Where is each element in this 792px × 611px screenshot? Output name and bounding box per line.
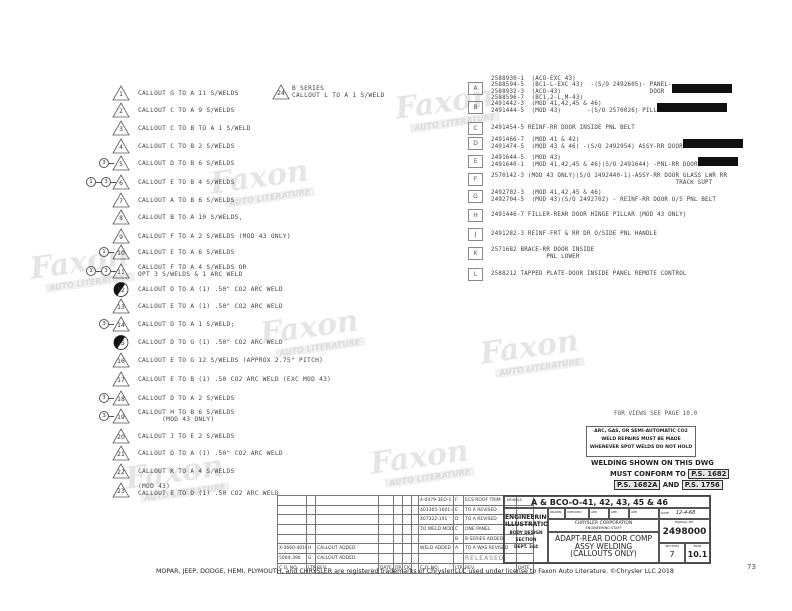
callout-text: CALLOUT F TO A 2 S/WELDS (MOD 43 ONLY) [138,233,291,240]
revision-cell: A [454,544,464,554]
revision-cell [403,525,412,535]
reference-circles: 13 [86,173,116,191]
title-block: MODELS A & BCO-O-41, 42, 43, 45 & 46 ENG… [503,495,711,564]
part-item: C2491454-5 REINF-RR DOOR INSIDE PNL BELT [468,122,635,135]
revision-row: TO WELD MOD 43CONE PANEL [278,525,534,535]
revision-cell [379,515,394,525]
leader-line [109,163,114,164]
leader-line [109,324,114,325]
page-cell: PAGE 10.1 [685,543,710,563]
leader-line [111,182,116,183]
redaction-bar [672,84,732,93]
revision-cell [403,496,412,506]
revision-cell [412,525,419,535]
triangle-marker-icon: 1 [112,85,130,101]
triangle-marker-icon: 20 [112,428,130,444]
revision-cell: 407322-191 [419,515,454,525]
watermark-faxon: Faxon [478,323,581,371]
views-note: FOR VIEWS SEE PAGE 10.0 [614,410,697,417]
callout-number: 5 [112,161,130,168]
callout-text: CALLOUT D TO A 1 S/WELD; [138,321,235,328]
part-description: 2570142-3 (MOD 43 ONLY)(S/O 2492440-1)-A… [491,173,727,186]
drawing-title: ADAPT-REAR DOOR COMP ASSY WELDING (CALLO… [548,532,659,563]
triangle-marker-icon: 16 [112,352,130,368]
part-letter-box: H [468,209,483,222]
triangle-marker-icon: 10 [112,244,130,260]
revision-cell [379,505,394,515]
approval-cell-1: APP. [589,508,609,519]
reference-circles: 3 [99,154,114,172]
revision-row: 403365-1601-4ETO A REVISED [278,505,534,515]
part-item: J2491282-3 REINF-FRT & RR DR O/SIDE PNL … [468,228,657,241]
callout-text: CALLOUT J TO E 2 S/WELDS [138,433,235,440]
reference-circle: 1 [86,266,96,276]
callout-number: 2 [112,108,130,115]
callout-item: 10CALLOUT E TO A 6 S/WELDS [112,243,235,261]
leader-line [109,416,114,417]
part-letter-box: E [468,155,483,168]
callout-text: CALLOUT K TO A 4 S/WELDS [138,468,235,475]
revision-cell [403,515,412,525]
revision-cell [394,544,403,554]
callout-number: 10 [112,250,130,257]
revision-cell [379,544,394,554]
part-letter-box: B [468,101,483,114]
callout-item: 2CALLOUT C TO A 9 S/WELDS [112,101,235,119]
callout-item: 13CALLOUT E TO A (1) .50" CO2 ARC WELD [112,297,283,315]
revision-cell [307,515,316,525]
callout-text: CALLOUT G TO A 11 S/WELDS [138,90,239,97]
part-letter-box: F [468,173,483,186]
company-cell: CHRYSLER CORPORATION ENGINEERING STAFF [548,519,659,532]
part-item: F2570142-3 (MOD 43 ONLY)(S/O 2492440-1)-… [468,173,727,186]
part-item: L2588212 TAPPED PLATE-DOOR INSIDE PANEL … [468,268,687,281]
reference-circles: 3 [99,389,114,407]
triangle-marker-icon: 18 [112,390,130,406]
redaction-bar [657,103,727,112]
revision-cell [278,496,307,506]
callout-item: 5CALLOUT D TO B 6 S/WELDS [112,154,235,172]
part-letter-box: K [468,247,483,260]
reference-circle: 3 [99,158,109,168]
b-series-text: B SERIES CALLOUT L TO A 1 S/WELD [292,85,385,99]
revision-cell [307,505,316,515]
callout-text: CALLOUT C TO A 9 S/WELDS [138,107,235,114]
revision-cell [394,554,403,564]
revision-cell [379,525,394,535]
triangle-marker-icon: 17 [112,371,130,387]
callout-number: 1 [112,91,130,98]
callout-number: 23 [112,488,130,495]
revision-cell [316,525,379,535]
part-description: 2491466-7 (MOD 41 & 42) 2491474-5 (MOD 4… [491,137,683,150]
watermark-sub: AUTO LITERATURE [225,187,315,208]
part-letter-box: L [468,268,483,281]
callout-item: 18CALLOUT D TO A 2 S/WELDS [112,389,235,407]
leader-line [109,398,114,399]
triangle-marker-icon: 8 [112,209,130,225]
triangle-marker-icon: 4 [112,138,130,154]
models-row: MODELS A & BCO-O-41, 42, 43, 45 & 46 [504,496,710,508]
triangle-marker-icon: 9 [112,228,130,244]
callout-text: CALLOUT E TO G 12 S/WELDS (APPROX 2.75" … [138,357,323,364]
callout-text: CALLOUT D TO G (1) .50" CO2 ARC WELD [138,339,283,346]
triangle-marker-icon: 24 [272,84,290,100]
reference-circle: 3 [99,393,109,403]
callout-item: 8CALLOUT B TO A 10 S/WELDS, [112,208,243,226]
part-item: B2491442-3 (MOD 41,42,45 & 46) 2491444-5… [468,101,727,114]
revision-row: 4-0479-3EO-1FECS ROOF TRIM [278,496,534,506]
revision-cell [316,496,379,506]
callout-item: 22CALLOUT K TO A 4 S/WELDS [112,462,235,480]
revision-cell [394,525,403,535]
reference-circle: 1 [99,247,109,257]
revision-cell [419,534,454,544]
revision-table: 4-0479-3EO-1FECS ROOF TRIM403365-1601-4E… [277,495,534,574]
revision-cell [278,505,307,515]
callout-item: 14CALLOUT D TO A 1 S/WELD; [112,315,235,333]
callout-item: 23(MOD 43) CALLOUT E TO D (1) .50 CO2 AR… [112,481,279,499]
callout-text: CALLOUT C TO B TO A 1 S/WELD [138,125,251,132]
trademark-footer: MOPAR, JEEP, DODGE, HEMI, PLYMOUTH, and … [156,568,674,575]
revision-cell [394,505,403,515]
part-item: A2588930-1 (ACO-EXC 43) 2588594-5 (BC1-L… [468,76,732,102]
checked-cell: CHECKED [565,508,589,519]
callout-item: 12CALLOUT D TO A (1) .50" CO2 ARC WELD [112,280,283,298]
revision-row: 5004-390GCALLOUT ADDEDRELEASED [278,554,534,564]
part-description: 2491282-3 REINF-FRT & RR DR O/SIDE PNL H… [491,231,657,237]
callout-text: CALLOUT E TO B 4 S/WELDS [138,179,235,186]
b-series-callout: 24 B SERIES CALLOUT L TO A 1 S/WELD [272,84,385,100]
revision-cell [394,534,403,544]
revision-cell [403,505,412,515]
page-number: 73 [747,563,756,571]
arc-weld-marker-icon: 15 [112,334,130,350]
spec-ps-1756: P.S. 1756 [682,480,723,490]
welding-note-line3: P.S. 1682A AND P.S. 1756 [614,481,723,489]
part-description: 2491446-7 FILLER-REAR DOOR HINGE PILLAR … [491,212,687,218]
date-cell: DATE 12-4-68 [659,508,710,519]
triangle-marker-icon: 5 [112,155,130,171]
revision-cell [403,534,412,544]
models-value: A & BCO-O-41, 42, 43, 45 & 46 [531,498,668,507]
reference-circles: 3 [99,315,114,333]
revision-cell: 5004-390 [278,554,307,564]
redaction-bar [683,139,743,148]
dept-cell: ENGINEERING ILLUSTRATION BODY DESIGN SEC… [504,508,548,563]
revision-cell [454,554,464,564]
revision-cell: D [454,515,464,525]
approval-cell-2: APP. [609,508,629,519]
callout-text: CALLOUT D TO A (1) .50" CO2 ARC WELD [138,286,283,293]
callout-item: 19CALLOUT H TO B 6 S/WELDS (MOD 43 ONLY) [112,407,235,425]
callout-text: CALLOUT C TO B 2 S/WELDS [138,143,235,150]
triangle-marker-icon: 14 [112,316,130,332]
reference-circles: 13 [86,262,116,280]
callout-item: 15CALLOUT D TO G (1) .50" CO2 ARC WELD [112,333,283,351]
callout-text: CALLOUT F TO A 4 S/WELDS OR OPT 3 S/WELD… [138,264,247,278]
part-description: 2491454-5 REINF-RR DOOR INSIDE PNL BELT [491,125,635,131]
revision-cell: X-3660-4010 CHANGE [278,544,307,554]
callout-text: CALLOUT A TO B 6 S/WELDS [138,197,235,204]
revision-cell: CALLOUT ADDED [316,554,379,564]
watermark-faxon: Faxon [368,433,471,481]
reference-circle: 3 [99,319,109,329]
revision-cell [278,534,307,544]
triangle-marker-icon: 2 [112,102,130,118]
callout-text: (MOD 43) CALLOUT E TO D (1) .50 CO2 ARC … [138,483,279,497]
callout-text: CALLOUT D TO A (1) .50" CO2 ARC WELD [138,450,283,457]
triangle-marker-icon: 21 [112,445,130,461]
welding-note-line2: MUST CONFORM TO P.S. 1682 [610,470,729,478]
part-description: 2491644-5 (MOD 43) 2491640-1 (MOD 41,42,… [491,155,698,168]
part-item: D2491466-7 (MOD 41 & 42) 2491474-5 (MOD … [468,137,743,150]
revision-cell: C [454,525,464,535]
part-item: G2492702-3 (MOD 41,42,45 & 46) 2492704-5… [468,190,716,203]
triangle-marker-icon: 7 [112,192,130,208]
callout-number: 16 [112,358,130,365]
callout-item: 11CALLOUT F TO A 4 S/WELDS OR OPT 3 S/WE… [112,262,247,280]
callout-item: 20CALLOUT J TO E 2 S/WELDS [112,427,235,445]
revision-cell [379,554,394,564]
part-letter-box: D [468,137,483,150]
revision-cell [403,554,412,564]
callout-item: 17CALLOUT E TO B (1) .50 CO2 ARC WELD (E… [112,370,331,388]
callout-number: 12 [112,287,130,294]
callout-number: 14 [112,322,130,329]
revision-cell [412,496,419,506]
callout-number: 7 [112,198,130,205]
redaction-bar [698,157,738,166]
callout-number: 18 [112,396,130,403]
callout-text: CALLOUT D TO A 2 S/WELDS [138,395,235,402]
triangle-marker-icon: 3 [112,120,130,136]
leader-line [109,252,114,253]
revision-cell [316,505,379,515]
revision-cell [307,534,316,544]
callout-number: 19 [112,414,130,421]
callout-text: CALLOUT D TO B 6 S/WELDS [138,160,235,167]
callout-item: 4CALLOUT C TO B 2 S/WELDS [112,137,235,155]
triangle-marker-icon: 22 [112,463,130,479]
part-letter-box: C [468,122,483,135]
revision-cell: H [307,544,316,554]
revision-row: 407322-191DTO A REVISED [278,515,534,525]
revision-cell [394,496,403,506]
part-letter-box: G [468,190,483,203]
callout-text: CALLOUT E TO A 6 S/WELDS [138,249,235,256]
watermark-sub: AUTO LITERATURE [385,467,475,488]
arc-weld-marker-icon: 12 [112,281,130,297]
revision-cell: F [454,496,464,506]
part-description: 2492702-3 (MOD 41,42,45 & 46) 2492704-5 … [491,190,716,203]
revision-cell: E [454,505,464,515]
callout-item: 1CALLOUT G TO A 11 S/WELDS [112,84,239,102]
revision-cell [278,525,307,535]
revision-row: X-3660-4010 CHANGEHCALLOUT ADDEDWELD ADD… [278,544,534,554]
part-description: 2588930-1 (ACO-EXC 43) 2588594-5 (BC1-L-… [491,76,672,102]
revision-cell: G [307,554,316,564]
reference-circle: 1 [86,177,96,187]
callout-number: 17 [112,377,130,384]
reference-circle: 3 [99,411,109,421]
reference-circles: 1 [99,243,114,261]
callout-text: CALLOUT E TO B (1) .50 CO2 ARC WELD (EXC… [138,376,331,383]
callout-item: 7CALLOUT A TO B 6 S/WELDS [112,191,235,209]
reference-circles: 3 [99,407,114,425]
callout-number: 8 [112,215,130,222]
revision-cell [412,515,419,525]
revision-cell: 403365-1601-4 [419,505,454,515]
reference-circle: 3 [101,177,111,187]
part-item: H2491446-7 FILLER-REAR DOOR HINGE PILLAR… [468,209,687,222]
callout-item: 21CALLOUT D TO A (1) .50" CO2 ARC WELD [112,444,283,462]
callout-text: CALLOUT B TO A 10 S/WELDS, [138,214,243,221]
revision-row: BB SERIES ADDED [278,534,534,544]
part-item: E2491644-5 (MOD 43) 2491640-1 (MOD 41,42… [468,155,738,168]
reference-circle: 3 [101,266,111,276]
callout-number: 13 [112,304,130,311]
spec-ps-1682a: P.S. 1682A [614,480,660,490]
revision-cell [316,534,379,544]
callout-number: 4 [112,144,130,151]
revision-cell [278,515,307,525]
part-description: 2588212 TAPPED PLATE-DOOR INSIDE PANEL R… [491,271,687,277]
callout-item: 6CALLOUT E TO B 4 S/WELDS [112,173,235,191]
revision-cell: TO WELD MOD 43 [419,525,454,535]
part-item: K2571682 BRACE-RR DOOR INSIDE PNL LOWER [468,247,594,260]
revision-cell [412,554,419,564]
revision-cell: B [454,534,464,544]
part-letter-box: J [468,228,483,241]
revision-cell [307,525,316,535]
revision-cell [307,496,316,506]
revision-cell [412,534,419,544]
callout-number: 20 [112,434,130,441]
revision-cell [412,544,419,554]
triangle-marker-icon: 23 [112,482,130,498]
triangle-marker-icon: 19 [112,408,130,424]
revision-cell [412,505,419,515]
welding-note-line1: WELDING SHOWN ON THIS DWG [591,459,714,467]
revision-cell: WELD ADDED [419,544,454,554]
leader-line [111,271,116,272]
callout-item: 3CALLOUT C TO B TO A 1 S/WELD [112,119,251,137]
part-letter-box: A [468,82,483,95]
weld-repair-note: ARC, GAS, OR SEMI-AUTOMATIC CO2 WELD REP… [586,426,696,457]
revision-cell [394,515,403,525]
part-description: 2491442-3 (MOD 41,42,45 & 46) 2491444-5 … [491,101,657,114]
revision-cell [403,544,412,554]
revision-cell [316,515,379,525]
callout-number: 21 [112,451,130,458]
callout-item: 16CALLOUT E TO G 12 S/WELDS (APPROX 2.75… [112,351,323,369]
drawn-cell: DRAWN [548,508,565,519]
callout-number: 22 [112,469,130,476]
triangle-marker-icon: 13 [112,298,130,314]
approval-cell-3: APP. [629,508,659,519]
revision-cell [379,534,394,544]
revision-cell [379,496,394,506]
revision-cell [419,554,454,564]
spec-ps-1682: P.S. 1682 [688,469,729,479]
revision-cell: CALLOUT ADDED [316,544,379,554]
watermark-sub: AUTO LITERATURE [495,357,585,378]
callout-number: 15 [112,340,130,347]
callout-number: 9 [112,234,130,241]
part-description: 2571682 BRACE-RR DOOR INSIDE PNL LOWER [491,247,594,260]
callout-text: CALLOUT H TO B 6 S/WELDS (MOD 43 ONLY) [138,409,235,423]
section-cell: SECTION 7 [659,543,685,563]
callout-number: 3 [112,126,130,133]
revision-cell: 4-0479-3EO-1 [419,496,454,506]
manual-no-cell: MANUAL NO. 2498000 [659,519,710,543]
callout-text: CALLOUT E TO A (1) .50" CO2 ARC WELD [138,303,283,310]
